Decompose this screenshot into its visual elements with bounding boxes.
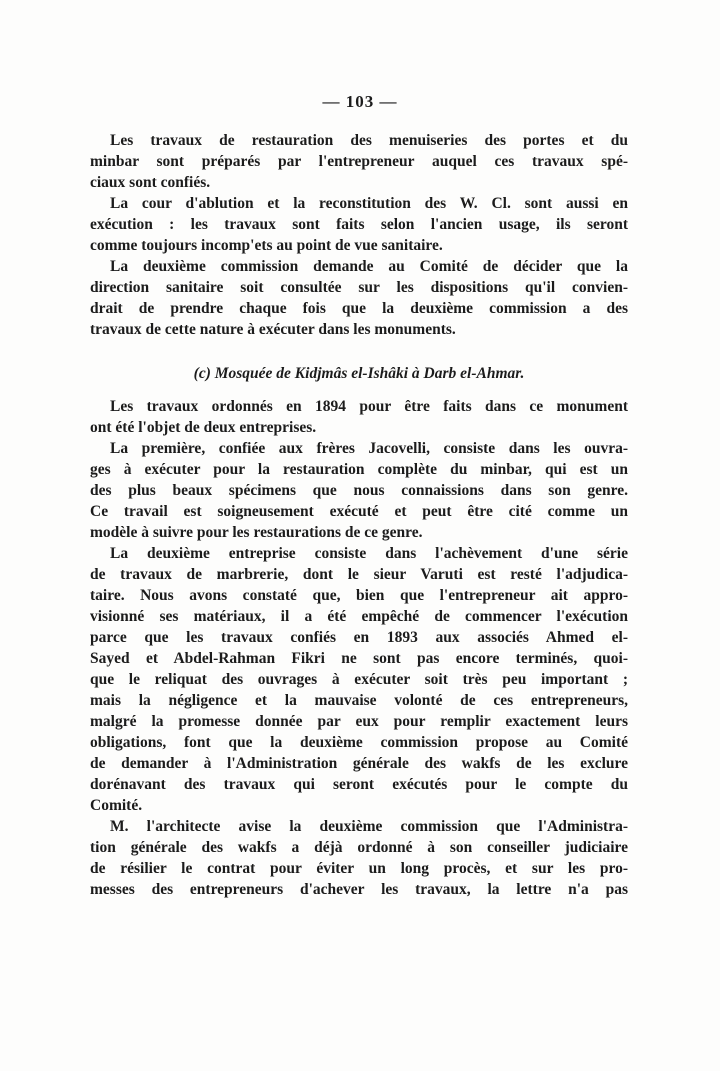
text-line: Les travaux de restauration des menuiser… <box>90 130 628 151</box>
paragraph: Les travaux de restauration des menuiser… <box>90 130 628 193</box>
text-line: modèle à suivre pour les restaurations d… <box>90 522 628 543</box>
text-line: dorénavant des travaux qui seront exécut… <box>90 774 628 795</box>
text-line: exécution : les travaux sont faits selon… <box>90 214 628 235</box>
text-line: des plus beaux spécimens que nous connai… <box>90 480 628 501</box>
text-line: M. l'architecte avise la deuxième commis… <box>90 816 628 837</box>
text-line: ont été l'objet de deux entreprises. <box>90 417 628 438</box>
paragraph: La deuxième entreprise consiste dans l'a… <box>90 543 628 816</box>
text-line: messes des entrepreneurs d'achever les t… <box>90 879 628 900</box>
text-line: travaux de cette nature à exécuter dans … <box>90 319 628 340</box>
paragraph: La première, confiée aux frères Jacovell… <box>90 438 628 543</box>
section-heading: (c) Mosquée de Kidjmâs el-Ishâki à Darb … <box>90 363 628 384</box>
text-line: comme toujours incomp'ets au point de vu… <box>90 235 628 256</box>
text-line: ges à exécuter pour la restauration comp… <box>90 459 628 480</box>
text-line: drait de prendre chaque fois que la deux… <box>90 298 628 319</box>
text-line: ciaux sont confiés. <box>90 172 628 193</box>
text-line: La cour d'ablution et la reconstitution … <box>90 193 628 214</box>
text-line: Ce travail est soigneusement exécuté et … <box>90 501 628 522</box>
text-line: de travaux de marbrerie, dont le sieur V… <box>90 564 628 585</box>
page-body: Les travaux de restauration des menuiser… <box>90 130 628 900</box>
text-line: tion générale des wakfs a déjà ordonné à… <box>90 837 628 858</box>
page-number: — 103 — <box>0 92 720 112</box>
scanned-document-page: — 103 — Les travaux de restauration des … <box>0 0 720 1071</box>
text-line: que le reliquat des ouvrages à exécuter … <box>90 669 628 690</box>
paragraph: La deuxième commission demande au Comité… <box>90 256 628 340</box>
text-line: taire. Nous avons constaté que, bien que… <box>90 585 628 606</box>
text-line: de demander à l'Administration générale … <box>90 753 628 774</box>
text-line: direction sanitaire soit consultée sur l… <box>90 277 628 298</box>
text-line: obligations, font que la deuxième commis… <box>90 732 628 753</box>
paragraph: La cour d'ablution et la reconstitution … <box>90 193 628 256</box>
text-line: Sayed et Abdel-Rahman Fikri ne sont pas … <box>90 648 628 669</box>
text-line: visionné ses matériaux, il a été empêché… <box>90 606 628 627</box>
text-line: parce que les travaux confiés en 1893 au… <box>90 627 628 648</box>
text-line: Comité. <box>90 795 628 816</box>
paragraph: M. l'architecte avise la deuxième commis… <box>90 816 628 900</box>
text-line: minbar sont préparés par l'entrepreneur … <box>90 151 628 172</box>
text-line: La première, confiée aux frères Jacovell… <box>90 438 628 459</box>
text-line: La deuxième entreprise consiste dans l'a… <box>90 543 628 564</box>
text-line: de résilier le contrat pour éviter un lo… <box>90 858 628 879</box>
paragraph: Les travaux ordonnés en 1894 pour être f… <box>90 396 628 438</box>
text-line: malgré la promesse donnée par eux pour r… <box>90 711 628 732</box>
text-line: Les travaux ordonnés en 1894 pour être f… <box>90 396 628 417</box>
text-line: mais la négligence et la mauvaise volont… <box>90 690 628 711</box>
text-line: La deuxième commission demande au Comité… <box>90 256 628 277</box>
